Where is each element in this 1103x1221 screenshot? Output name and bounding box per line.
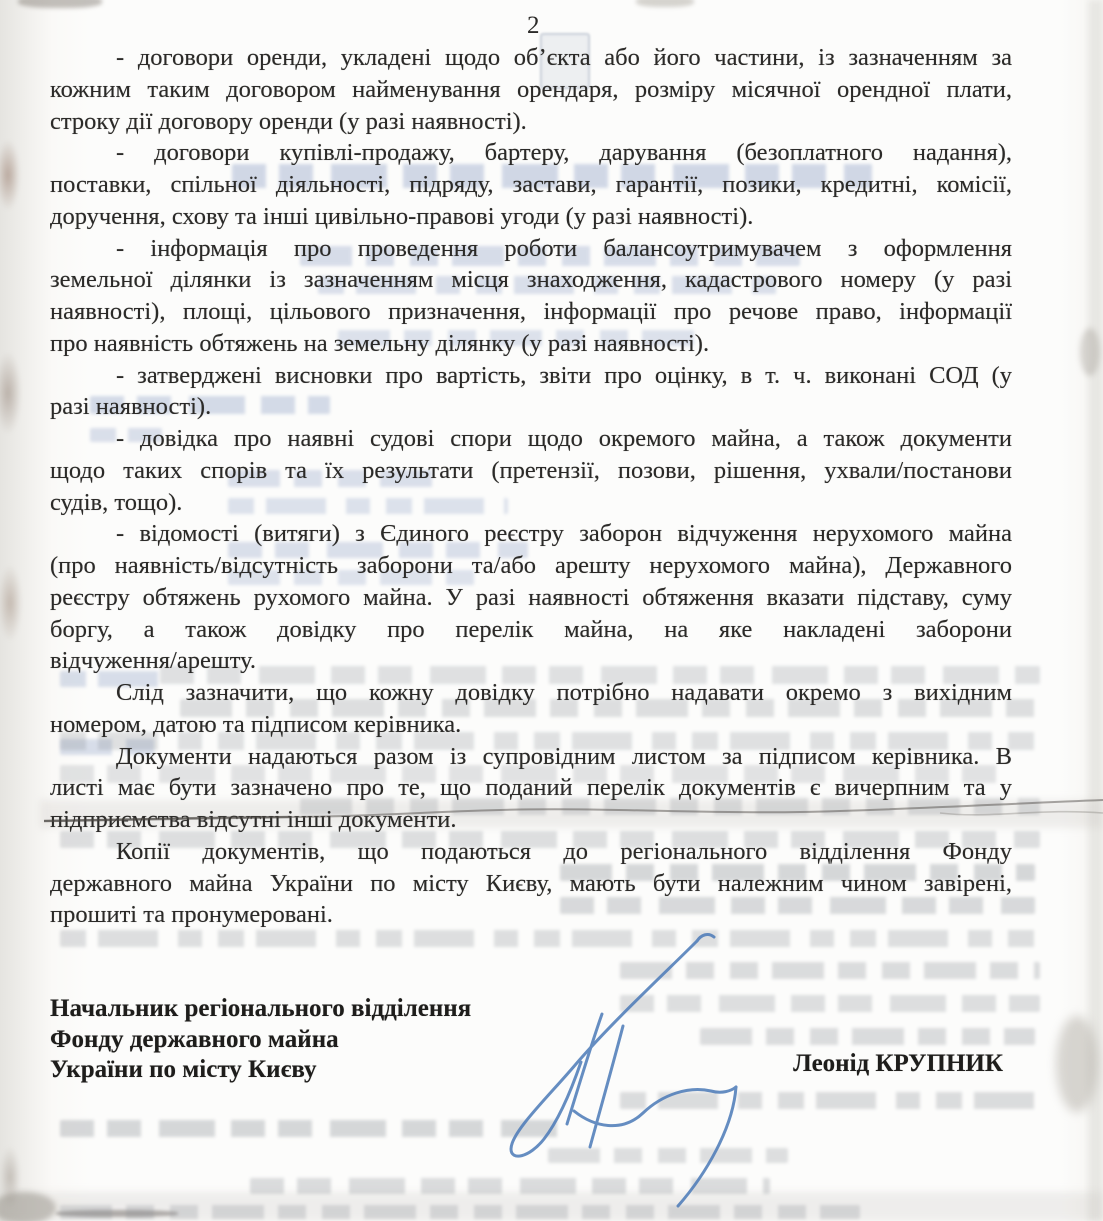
signatory-title-line: Фонду державного майна <box>50 1025 471 1056</box>
text-line: листі має бути зазначено про те, що пода… <box>50 772 1012 804</box>
text-line: боргу, а також довідку про перелік майна… <box>50 614 1012 646</box>
text-line: щодо таких спорів та їх результати (прет… <box>50 455 1012 487</box>
text-line: доручення, схову та інші цивільно-правов… <box>50 201 1012 233</box>
bleed-through-line <box>700 1028 1035 1045</box>
scan-edge-bottom <box>0 1192 1103 1221</box>
bleed-through-line <box>620 962 1040 979</box>
bleed-through-line <box>620 1092 1040 1109</box>
text-line: Документи надаються разом із супровідним… <box>50 741 1012 773</box>
scan-smudge <box>0 552 26 654</box>
text-line: разі наявності). <box>50 391 1012 423</box>
bleed-through-line <box>60 1120 560 1137</box>
text-line: - договори купівлі-продажу, бартеру, дар… <box>50 137 1012 169</box>
scan-smudge <box>0 128 24 222</box>
scan-smudge <box>1080 328 1100 376</box>
scan-smudge <box>1056 1016 1098 1112</box>
text-line: - довідка про наявні судові спори щодо о… <box>50 423 1012 455</box>
scan-smudge <box>0 1136 24 1218</box>
scan-edge-right <box>1088 0 1103 1221</box>
text-line: підприємства відсутні інші документи. <box>50 804 1012 836</box>
scan-smudge <box>0 1192 56 1221</box>
text-line: (про наявність/відсутність заборони та/а… <box>50 550 1012 582</box>
text-line: строку дії договору оренди (у разі наявн… <box>50 106 1012 138</box>
text-line: державного майна України по місту Києву,… <box>50 868 1012 900</box>
scanned-document-page: 2 - договори оренди, укладені щодо об’єк… <box>0 0 1103 1221</box>
bleed-through-line <box>620 995 1040 1012</box>
text-line: - відомості (витяги) з Єдиного реєстру з… <box>50 518 1012 550</box>
text-line: реєстру обтяжень рухомого майна. У разі … <box>50 582 1012 614</box>
text-line: наявності), площі, цільового призначення… <box>50 296 1012 328</box>
document-body: - договори оренди, укладені щодо об’єкта… <box>50 42 1012 931</box>
text-line: Копії документів, що подаються до регіон… <box>50 836 1012 868</box>
text-line: - договори оренди, укладені щодо об’єкта… <box>50 42 1012 74</box>
text-line: земельної ділянки із зазначенням місця з… <box>50 264 1012 296</box>
text-line: відчуження/арешту. <box>50 645 1012 677</box>
bleed-through-line <box>60 930 1040 947</box>
text-line: Слід зазначити, що кожну довідку потрібн… <box>50 677 1012 709</box>
signer-name: Леонід КРУПНИК <box>793 1050 1003 1078</box>
text-line: номером, датою та підписом керівника. <box>50 709 1012 741</box>
page-number: 2 <box>527 12 540 40</box>
text-line: прошиті та пронумеровані. <box>50 899 1012 931</box>
text-line: - затверджені висновки про вартість, зві… <box>50 360 1012 392</box>
scan-smudge <box>0 338 26 448</box>
bleed-through-line <box>250 1178 770 1194</box>
signatory-title-block: Начальник регіонального відділенняФонду … <box>50 994 471 1086</box>
text-line: кожним таким договором найменування орен… <box>50 74 1012 106</box>
text-line: про наявність обтяжень на земельну ділян… <box>50 328 1012 360</box>
signatory-title-line: Начальник регіонального відділення <box>50 994 471 1025</box>
scan-smudge <box>18 0 102 8</box>
scan-smudge <box>56 1210 178 1217</box>
text-line: поставки, спільної діяльності, підряду, … <box>50 169 1012 201</box>
bleed-through-line <box>548 1148 788 1163</box>
bleed-through-line <box>60 1205 860 1219</box>
signatory-title-line: України по місту Києву <box>50 1055 471 1086</box>
text-line: судів, тощо). <box>50 487 1012 519</box>
text-line: - інформація про проведення роботи балан… <box>50 233 1012 265</box>
scan-smudge <box>636 0 694 7</box>
